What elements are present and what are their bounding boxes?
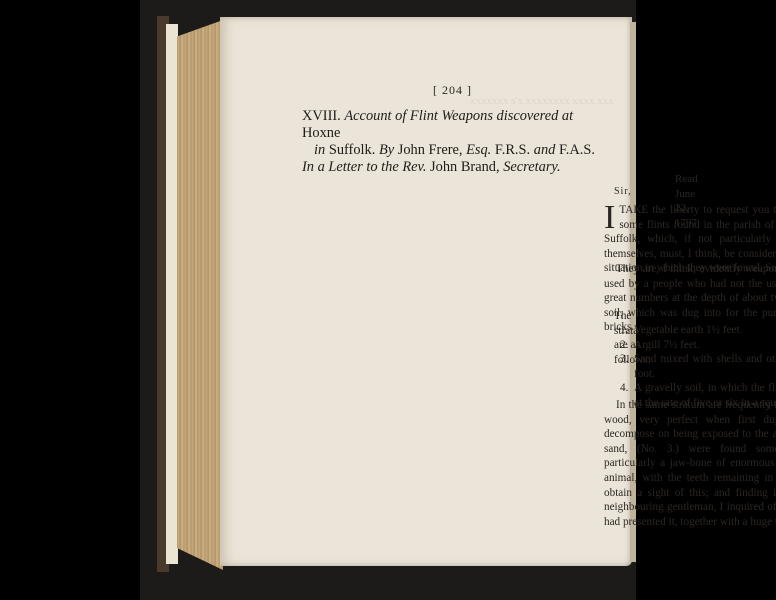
- title-esq: Esq.: [466, 142, 491, 158]
- drop-cap: I: [604, 204, 615, 232]
- strata-item: 2.Argill 7½ feet.: [634, 338, 776, 353]
- title-and: and: [534, 142, 556, 158]
- title-letter: In a Letter to the Rev.: [302, 159, 426, 175]
- salutation: Sir,: [614, 185, 632, 200]
- page-number: [ 204 ]: [433, 83, 472, 98]
- title-recipient: John Brand,: [430, 159, 500, 175]
- title-role: Secretary.: [503, 159, 560, 175]
- title-author: John Frere,: [398, 142, 463, 158]
- paragraph-3: In the same stratum are frequently found…: [604, 398, 776, 529]
- strata-item: 1.Vegetable earth 1½ feet.: [634, 323, 776, 338]
- title-by: By: [379, 142, 394, 158]
- title-roman-numeral: XVIII.: [302, 108, 341, 124]
- strata-item: 3.Sand mixed with shells and other marin…: [634, 352, 776, 381]
- title-county: Suffolk.: [329, 142, 376, 158]
- article-title: XVIII. Account of Flint Weapons discover…: [302, 108, 596, 176]
- endpaper-edge: [166, 24, 178, 564]
- title-fas: F.A.S.: [559, 142, 595, 158]
- show-through-text: xxxxxxx s'x xxxxxxxx xxxx xxx: [470, 95, 614, 107]
- title-italic: Account of Flint Weapons discovered at: [344, 108, 573, 124]
- title-frs: F.R.S.: [495, 142, 530, 158]
- page-block-edges: [177, 20, 223, 570]
- title-place: Hoxne: [302, 125, 340, 141]
- title-in: in: [314, 142, 325, 158]
